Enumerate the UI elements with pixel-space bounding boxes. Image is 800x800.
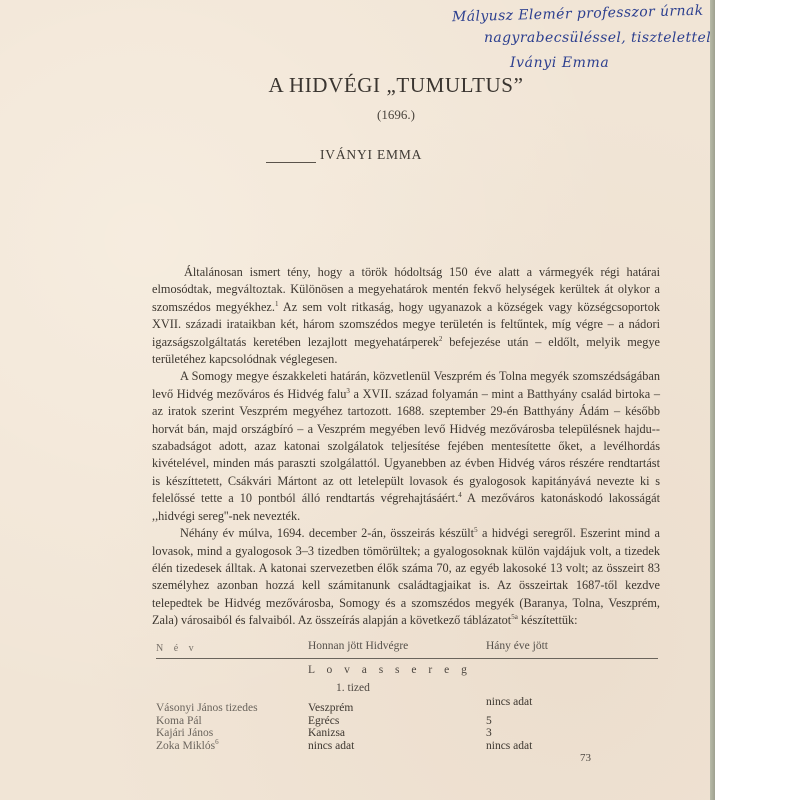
paragraph: A Somogy megye északkeleti határán, közv…: [152, 368, 660, 525]
footnote-ref: 1: [275, 300, 279, 308]
article-year: (1696.): [0, 107, 712, 123]
cell-name: Kajári János: [156, 727, 213, 739]
cell-origin: Egrécs: [308, 715, 339, 727]
cell-years: nincs adat: [486, 740, 532, 752]
cell-origin: Kanizsa: [308, 727, 345, 739]
header-years: Hány éve jött: [486, 640, 548, 652]
cell-years: 3: [486, 727, 492, 739]
settlers-table: N é v Honnan jött Hidvégre Hány éve jött…: [156, 640, 676, 658]
section-cavalry: L o v a s s e r e g: [308, 664, 471, 676]
book-page: Mályusz Elemér professzor úrnak nagyrabe…: [0, 0, 712, 800]
subsection-first-tithe: 1. tized: [336, 682, 370, 694]
footnote-ref: 4: [458, 491, 462, 499]
footnote-ref: 3: [346, 387, 350, 395]
cell-origin: Veszprém: [308, 702, 353, 714]
table-row: Vásonyi János tizedesVeszprémnincs adat: [156, 702, 676, 715]
article-title: A HIDVÉGI „TUMULTUS”: [0, 73, 712, 98]
cell-origin: nincs adat: [308, 740, 354, 752]
cell-name: Zoka Miklós6: [156, 740, 219, 752]
paragraph: Néhány év múlva, 1694. december 2-án, ös…: [152, 525, 660, 629]
article-author: IVÁNYI EMMA: [320, 147, 422, 163]
table-header: N é v Honnan jött Hidvégre Hány éve jött: [156, 640, 676, 658]
paragraph: Általánosan ismert tény, hogy a török hó…: [152, 264, 660, 368]
cell-name: Vásonyi János tizedes: [156, 702, 258, 714]
table-rows: Vásonyi János tizedesVeszprémnincs adatK…: [156, 702, 676, 752]
handwritten-dedication-line-2: nagyrabecsüléssel, tisztelettel: [484, 30, 711, 46]
page-edge: [710, 0, 715, 800]
header-name: N é v: [156, 643, 198, 654]
table-row: Kajári JánosKanizsa3: [156, 727, 676, 740]
handwritten-signature: Iványi Emma: [510, 55, 609, 71]
footnote-ref: 2: [439, 335, 443, 343]
article-body: Általánosan ismert tény, hogy a török hó…: [152, 264, 660, 630]
cell-name: Koma Pál: [156, 715, 202, 727]
page-number: 73: [580, 752, 591, 764]
cell-years: nincs adat: [486, 696, 532, 708]
handwritten-dedication-line-1: Mályusz Elemér professzor úrnak: [452, 3, 704, 26]
cell-years: 5: [486, 715, 492, 727]
header-origin: Honnan jött Hidvégre: [308, 640, 408, 652]
table-row: Koma PálEgrécs5: [156, 715, 676, 728]
author-rule: [266, 162, 316, 163]
footnote-ref: 5: [474, 526, 478, 534]
footnote-ref: 5a: [511, 613, 518, 621]
table-row: Zoka Miklós6nincs adatnincs adat: [156, 740, 676, 753]
header-rule: [156, 658, 658, 659]
